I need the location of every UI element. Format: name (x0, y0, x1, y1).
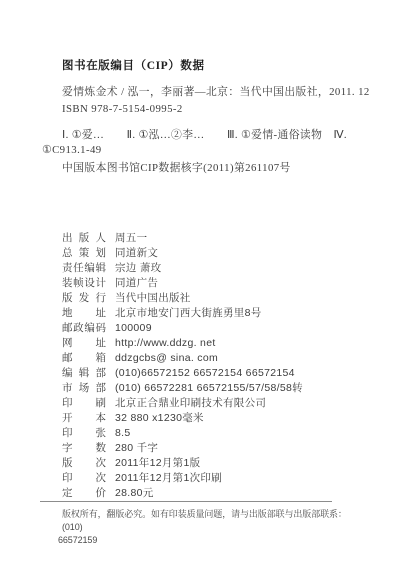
colophon-row: 邮政编码100009 (62, 321, 303, 336)
cip-classification-line2: ①C913.1-49 (42, 143, 102, 156)
colophon-value: (010) 66572281 66572155/57/58/58转 (115, 382, 303, 394)
colophon-label: 版次 (62, 456, 106, 471)
colophon-value: 2011年12月第1版 (115, 457, 200, 469)
colophon-label: 字数 (62, 441, 106, 456)
colophon-row: 印次2011年12月第1次印刷 (62, 471, 303, 486)
colophon-label: 网址 (62, 336, 106, 351)
colophon-label: 责任编辑 (62, 261, 106, 276)
colophon-row: 版次2011年12月第1版 (62, 456, 303, 471)
colophon-label: 出版人 (62, 231, 106, 246)
colophon-row: 装帧设计同道广告 (62, 276, 303, 291)
colophon-value: 100009 (115, 322, 152, 334)
cip-isbn-line: ISBN 978-7-5154-0995-2 (62, 101, 370, 118)
colophon-row: 印张8.5 (62, 426, 303, 441)
colophon-value: (010)66572152 66572154 66572154 (115, 367, 295, 379)
colophon-label: 印次 (62, 471, 106, 486)
colophon-row: 印刷北京正合鼎业印刷技术有限公司 (62, 396, 303, 411)
colophon-value: 同道新文 (115, 247, 158, 259)
colophon-label: 印张 (62, 426, 106, 441)
colophon-label: 装帧设计 (62, 276, 106, 291)
colophon-row: 邮箱ddzgcbs@ sina. com (62, 351, 303, 366)
colophon-row: 版发行当代中国出版社 (62, 291, 303, 306)
copyright-page: 图书在版编目（CIP）数据 爱情炼金术 / 泓一，李丽著—北京：当代中国出版社，… (0, 0, 400, 579)
colophon-value: 同道广告 (115, 277, 158, 289)
colophon-value: 当代中国出版社 (115, 292, 191, 304)
colophon-value: 28.80元 (115, 487, 154, 499)
colophon-label: 邮政编码 (62, 321, 106, 336)
colophon-value: 2011年12月第1次印刷 (115, 472, 222, 484)
divider-line (40, 501, 332, 502)
cip-title-line: 爱情炼金术 / 泓一，李丽著—北京：当代中国出版社，2011. 12 (62, 84, 370, 101)
colophon-value: 周五一 (115, 232, 147, 244)
copyright-notice-line2: 66572159 (58, 534, 348, 547)
colophon-value: 北京正合鼎业印刷技术有限公司 (115, 397, 266, 409)
colophon-label: 开本 (62, 411, 106, 426)
colophon-row: 编辑部(010)66572152 66572154 66572154 (62, 366, 303, 381)
colophon-label: 总策划 (62, 246, 106, 261)
colophon-row: 市场部(010) 66572281 66572155/57/58/58转 (62, 381, 303, 396)
colophon-value: http://www.ddzg. net (115, 337, 216, 349)
colophon-row: 网址http://www.ddzg. net (62, 336, 303, 351)
colophon-label: 邮箱 (62, 351, 106, 366)
colophon-label: 市场部 (62, 381, 106, 396)
colophon-value: 8.5 (115, 427, 131, 439)
colophon-label: 印刷 (62, 396, 106, 411)
copyright-notice: 版权所有，翻版必究。如有印装质量问题，请与出版部联与出版部联系：(010) 66… (58, 508, 348, 547)
colophon-row: 责任编辑宗边 萧玫 (62, 261, 303, 276)
colophon-row: 定价28.80元 (62, 486, 303, 501)
colophon-label: 定价 (62, 486, 106, 501)
colophon-list: 出版人周五一 总策划同道新文 责任编辑宗边 萧玫 装帧设计同道广告 版发行当代中… (62, 231, 303, 501)
cip-entry: 爱情炼金术 / 泓一，李丽著—北京：当代中国出版社，2011. 12 ISBN … (62, 84, 370, 118)
colophon-label: 地址 (62, 306, 106, 321)
cip-record-number-line: 中国版本图书馆CIP数据核字(2011)第261107号 (62, 160, 291, 175)
colophon-row: 开本32 880 x1230毫米 (62, 411, 303, 426)
colophon-value: 32 880 x1230毫米 (115, 412, 204, 424)
cip-heading: 图书在版编目（CIP）数据 (62, 57, 205, 73)
colophon-label: 版发行 (62, 291, 106, 306)
colophon-row: 地址北京市地安门西大街旌勇里8号 (62, 306, 303, 321)
copyright-notice-line1: 版权所有，翻版必究。如有印装质量问题，请与出版部联与出版部联系：(010) (58, 508, 348, 534)
colophon-value: 宗边 萧玫 (115, 262, 161, 274)
colophon-value: ddzgcbs@ sina. com (115, 352, 218, 364)
colophon-row: 总策划同道新文 (62, 246, 303, 261)
colophon-row: 出版人周五一 (62, 231, 303, 246)
colophon-label: 编辑部 (62, 366, 106, 381)
cip-classification-line1: Ⅰ. ①爱… Ⅱ. ①泓…②李… Ⅲ. ①爱情-通俗读物 Ⅳ. (62, 127, 347, 142)
colophon-value: 280 千字 (115, 442, 158, 454)
colophon-row: 字数280 千字 (62, 441, 303, 456)
colophon-value: 北京市地安门西大街旌勇里8号 (115, 307, 262, 319)
